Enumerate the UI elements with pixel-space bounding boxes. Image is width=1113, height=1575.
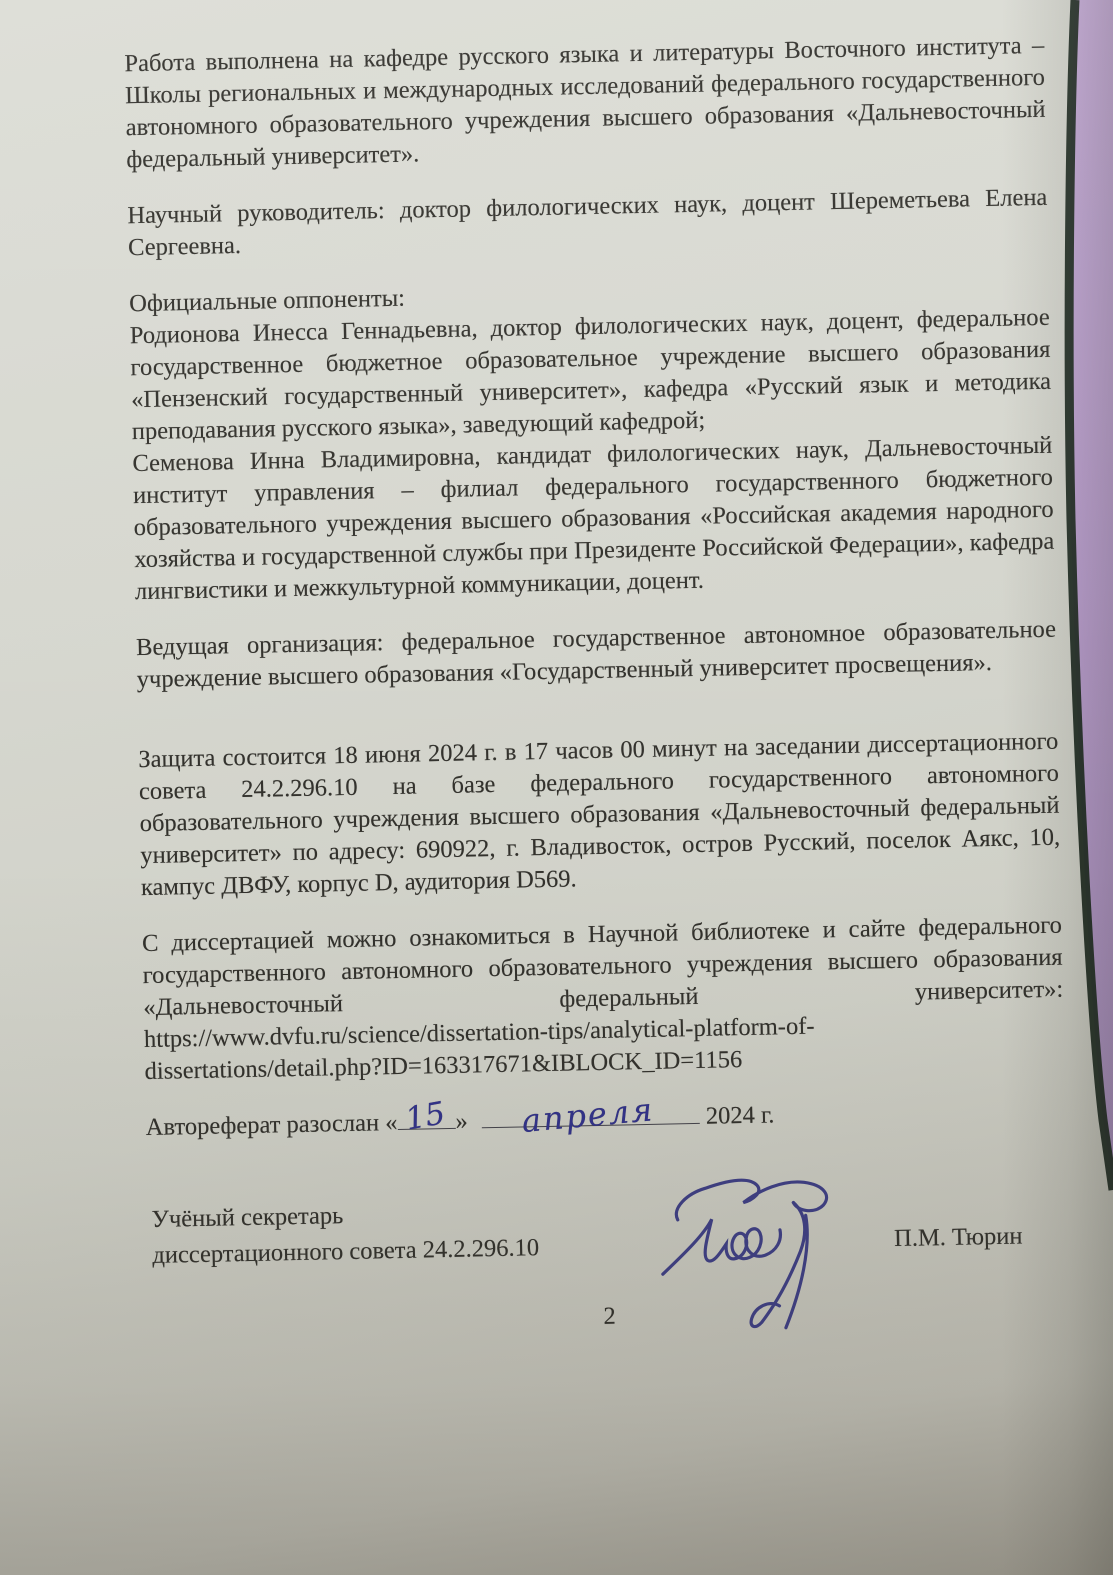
sendout-close-quote: »	[455, 1108, 468, 1135]
secretary-title: Учёный секретарь диссертационного совета…	[151, 1194, 539, 1274]
handwritten-month-field: апреля	[482, 1123, 700, 1128]
page-number: 2	[149, 1292, 1069, 1342]
sendout-prefix: Автореферат разослан «	[146, 1109, 398, 1141]
paragraph-work-done: Работа выполнена на кафедре русского язы…	[124, 30, 1046, 176]
sendout-suffix: 2024 г.	[706, 1101, 775, 1129]
paragraph-leading-organization: Ведущая организация: федеральное государ…	[136, 614, 1057, 696]
lavender-backdrop	[1069, 0, 1113, 1185]
secretary-title-line2: диссертационного совета 24.2.296.10	[152, 1230, 540, 1274]
secretary-name: П.М. Тюрин	[894, 1220, 1023, 1255]
sendout-date-line: Автореферат разослан «15»апреля 2024 г.	[145, 1094, 1065, 1144]
secretary-signature-block: Учёный секретарь диссертационного совета…	[147, 1170, 1070, 1338]
document-photo: Работа выполнена на кафедре русского язы…	[0, 0, 1113, 1575]
handwritten-day-field: 15	[398, 1128, 456, 1130]
paragraph-defense-info: Защита состоится 18 июня 2024 г. в 17 ча…	[138, 726, 1061, 904]
paragraph-supervisor: Научный руководитель: доктор филологичес…	[127, 182, 1048, 264]
handwritten-month: апреля	[520, 1093, 655, 1137]
paragraph-opponent-2: Семенова Инна Владимировна, кандидат фил…	[132, 430, 1055, 608]
paragraph-library-access: С диссертацией можно ознакомиться в Науч…	[142, 910, 1064, 1024]
handwritten-day: 15	[403, 1097, 447, 1135]
book-cover-edge-line	[1069, 0, 1113, 1190]
paragraph-opponent-1: Родионова Инесса Геннадьевна, доктор фил…	[130, 302, 1052, 448]
page-text-block: Работа выполнена на кафедре русского язы…	[124, 30, 1070, 1338]
